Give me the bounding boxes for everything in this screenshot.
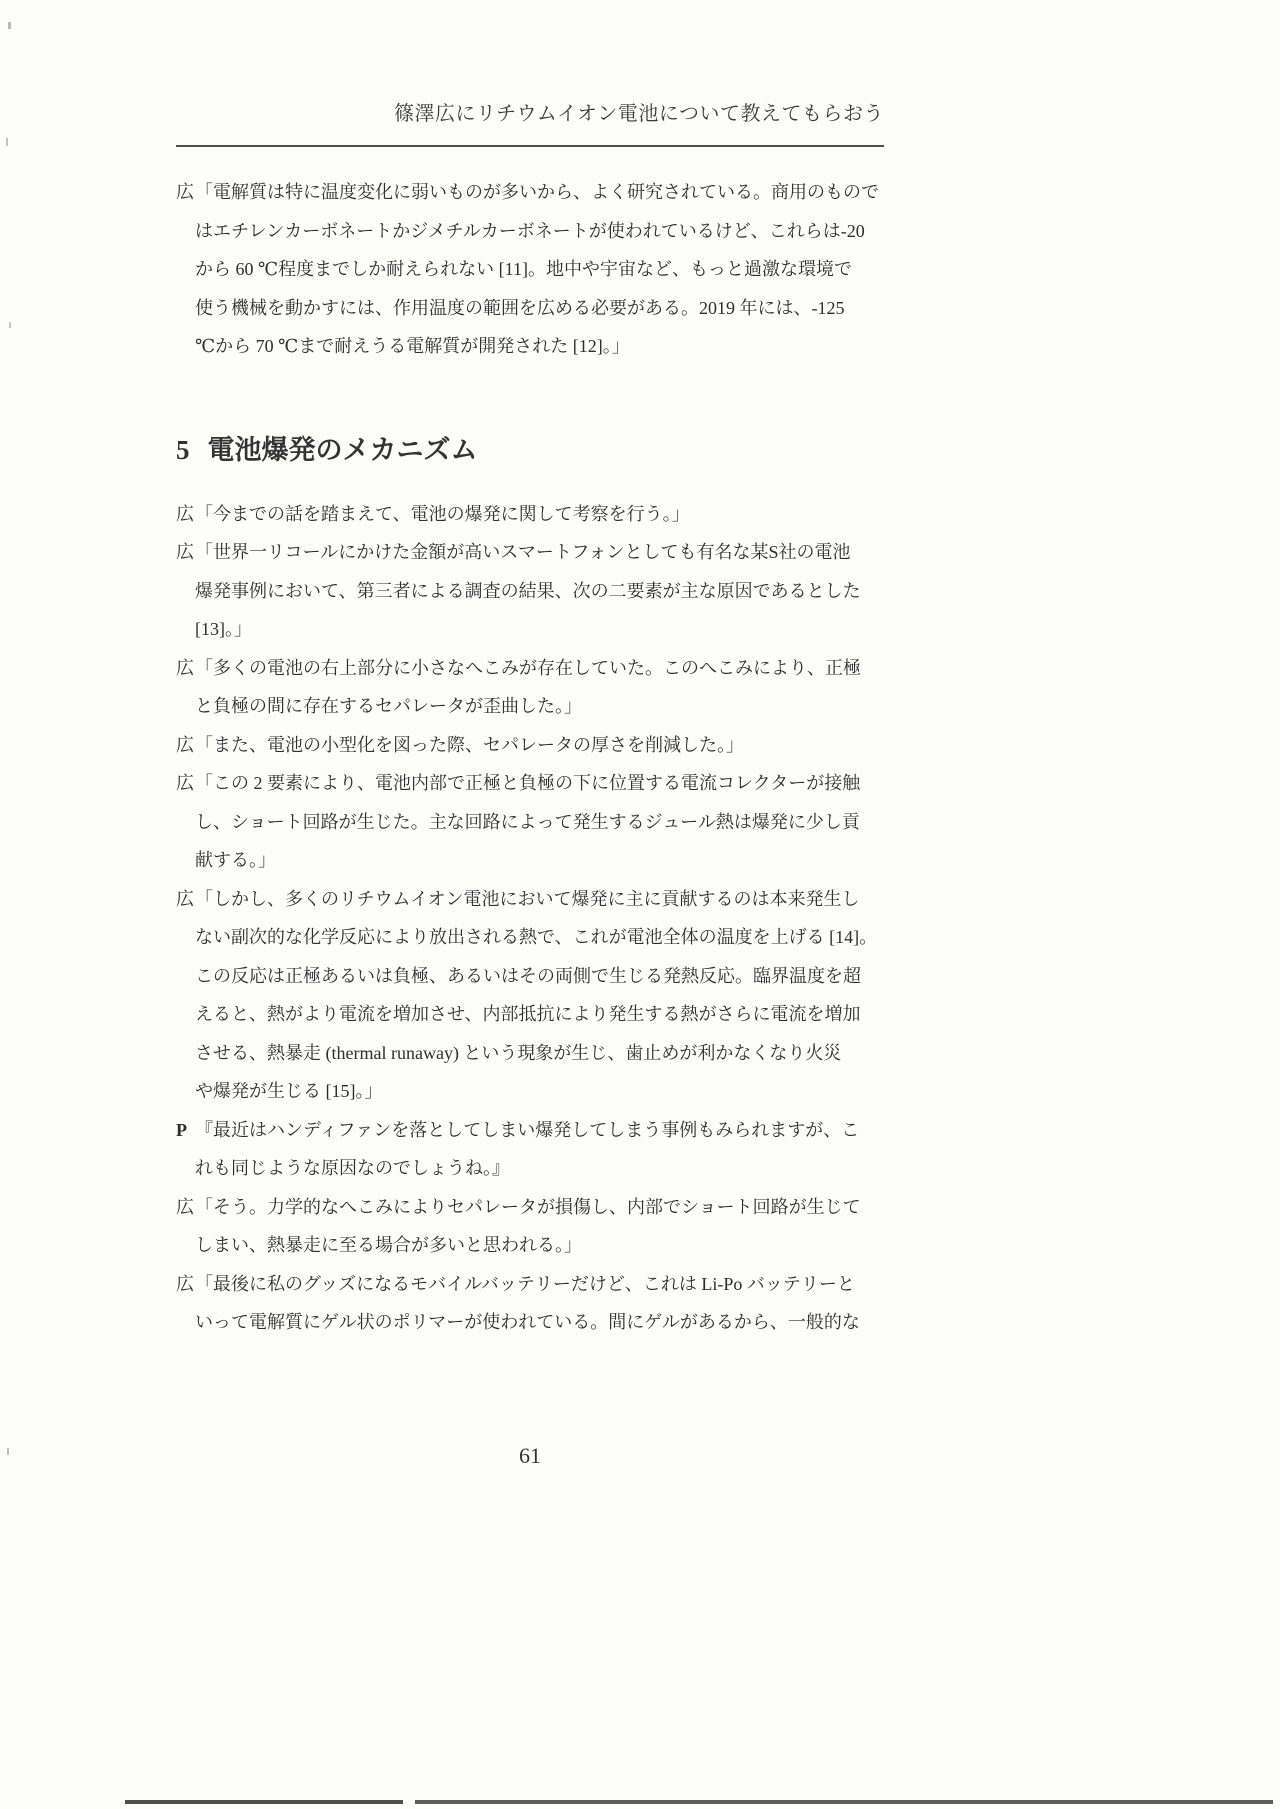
document-page: 篠澤広にリチウムイオン電池について教えてもらおう 広「電解質は特に温度変化に弱い… [0, 0, 1280, 1809]
dialogue-paragraph: 広「電解質は特に温度変化に弱いものが多いから、よく研究されている。商用のものでは… [176, 173, 884, 366]
text-line: し、ショート回路が生じた。主な回路によって発生するジュール熱は爆発に少し貢 [195, 803, 884, 842]
text-line: いって電解質にゲル状のポリマーが使われている。間にゲルがあるから、一般的な [195, 1303, 884, 1342]
dialogue-paragraphs: 広「今までの話を踏まえて、電池の爆発に関して考察を行う。」広「世界一リコールにか… [176, 495, 884, 1342]
section-number: 5 [176, 435, 190, 465]
text-line: 「しかし、多くのリチウムイオン電池において爆発に主に貢献するのは本来発生し [195, 880, 884, 919]
text-line: から 60 ℃程度までしか耐えられない [11]。地中や宇宙など、もっと過激な環… [195, 250, 884, 289]
text-line: 「電解質は特に温度変化に弱いものが多いから、よく研究されている。商用のもので [195, 173, 884, 212]
section-title: 電池爆発のメカニズム [208, 435, 478, 465]
text-line: や爆発が生じる [15]。」 [195, 1072, 884, 1111]
page-content: 篠澤広にリチウムイオン電池について教えてもらおう 広「電解質は特に温度変化に弱い… [176, 0, 884, 1470]
scan-mark [9, 322, 11, 328]
speaker-label: 広 [176, 726, 194, 765]
speaker-label: 広 [176, 1265, 194, 1304]
speaker-label: P [176, 1111, 187, 1150]
text-line: 「今までの話を踏まえて、電池の爆発に関して考察を行う。」 [195, 495, 884, 534]
text-line: えると、熱がより電流を増加させ、内部抵抗により発生する熱がさらに電流を増加 [195, 995, 884, 1034]
text-line: 「多くの電池の右上部分に小さなへこみが存在していた。このへこみにより、正極 [195, 649, 884, 688]
text-line: 使う機械を動かすには、作用温度の範囲を広める必要がある。2019 年には、-12… [195, 289, 884, 328]
text-line: させる、熱暴走 (thermal runaway) という現象が生じ、歯止めが利… [195, 1034, 884, 1073]
speaker-label: 広 [176, 533, 194, 572]
dialogue-paragraph: 広「また、電池の小型化を図った際、セパレータの厚さを削減した。」 [176, 726, 884, 765]
text-line: 「最後に私のグッズになるモバイルバッテリーだけど、これは Li-Po バッテリー… [195, 1265, 884, 1304]
text-line: ℃から 70 ℃まで耐えうる電解質が開発された [12]。」 [195, 327, 884, 366]
scan-edge-streak [415, 1800, 1273, 1804]
text-line: しまい、熱暴走に至る場合が多いと思われる。」 [195, 1226, 884, 1265]
text-line: [13]。」 [195, 610, 884, 649]
dialogue-paragraph: 広「今までの話を踏まえて、電池の爆発に関して考察を行う。」 [176, 495, 884, 534]
scan-mark [6, 138, 8, 146]
text-line: と負極の間に存在するセパレータが歪曲した。」 [195, 687, 884, 726]
running-header-title: 篠澤広にリチウムイオン電池について教えてもらおう [176, 100, 884, 128]
text-line: 「世界一リコールにかけた金額が高いスマートフォンとしても有名な某S社の電池 [195, 533, 884, 572]
dialogue-paragraph: 広「しかし、多くのリチウムイオン電池において爆発に主に貢献するのは本来発生しない… [176, 880, 884, 1111]
text-line: 爆発事例において、第三者による調査の結果、次の二要素が主な原因であるとした [195, 572, 884, 611]
speaker-label: 広 [176, 764, 194, 803]
speaker-label: 広 [176, 880, 194, 919]
scan-mark [7, 1448, 9, 1455]
scan-edge-streak [125, 1800, 403, 1804]
dialogue-paragraph: 広「最後に私のグッズになるモバイルバッテリーだけど、これは Li-Po バッテリ… [176, 1265, 884, 1342]
speaker-label: 広 [176, 649, 194, 688]
speaker-label: 広 [176, 173, 194, 212]
text-line: 『最近はハンディファンを落としてしまい爆発してしまう事例もみられますが、こ [195, 1111, 884, 1150]
scan-mark [8, 22, 11, 29]
intro-paragraphs: 広「電解質は特に温度変化に弱いものが多いから、よく研究されている。商用のものでは… [176, 173, 884, 366]
text-line: 「また、電池の小型化を図った際、セパレータの厚さを削減した。」 [195, 726, 884, 765]
page-number: 61 [176, 1442, 884, 1470]
speaker-label: 広 [176, 495, 194, 534]
dialogue-paragraph: 広「そう。力学的なへこみによりセパレータが損傷し、内部でショート回路が生じてしま… [176, 1188, 884, 1265]
speaker-label: 広 [176, 1188, 194, 1227]
section-heading: 5電池爆発のメカニズム [176, 430, 884, 470]
header-rule [176, 145, 884, 147]
dialogue-paragraph: P『最近はハンディファンを落としてしまい爆発してしまう事例もみられますが、これも… [176, 1111, 884, 1188]
dialogue-paragraph: 広「多くの電池の右上部分に小さなへこみが存在していた。このへこみにより、正極と負… [176, 649, 884, 726]
text-line: この反応は正極あるいは負極、あるいはその両側で生じる発熱反応。臨界温度を超 [195, 957, 884, 996]
dialogue-paragraph: 広「世界一リコールにかけた金額が高いスマートフォンとしても有名な某S社の電池爆発… [176, 533, 884, 649]
text-line: 「そう。力学的なへこみによりセパレータが損傷し、内部でショート回路が生じて [195, 1188, 884, 1227]
text-line: 献する。」 [195, 841, 884, 880]
text-line: れも同じような原因なのでしょうね。』 [195, 1149, 884, 1188]
running-header: 篠澤広にリチウムイオン電池について教えてもらおう [176, 100, 884, 147]
text-line: ない副次的な化学反応により放出される熱で、これが電池全体の温度を上げる [14]… [195, 918, 884, 957]
text-line: はエチレンカーボネートかジメチルカーボネートが使われているけど、これらは-20 [195, 212, 884, 251]
text-line: 「この 2 要素により、電池内部で正極と負極の下に位置する電流コレクターが接触 [195, 764, 884, 803]
dialogue-paragraph: 広「この 2 要素により、電池内部で正極と負極の下に位置する電流コレクターが接触… [176, 764, 884, 880]
